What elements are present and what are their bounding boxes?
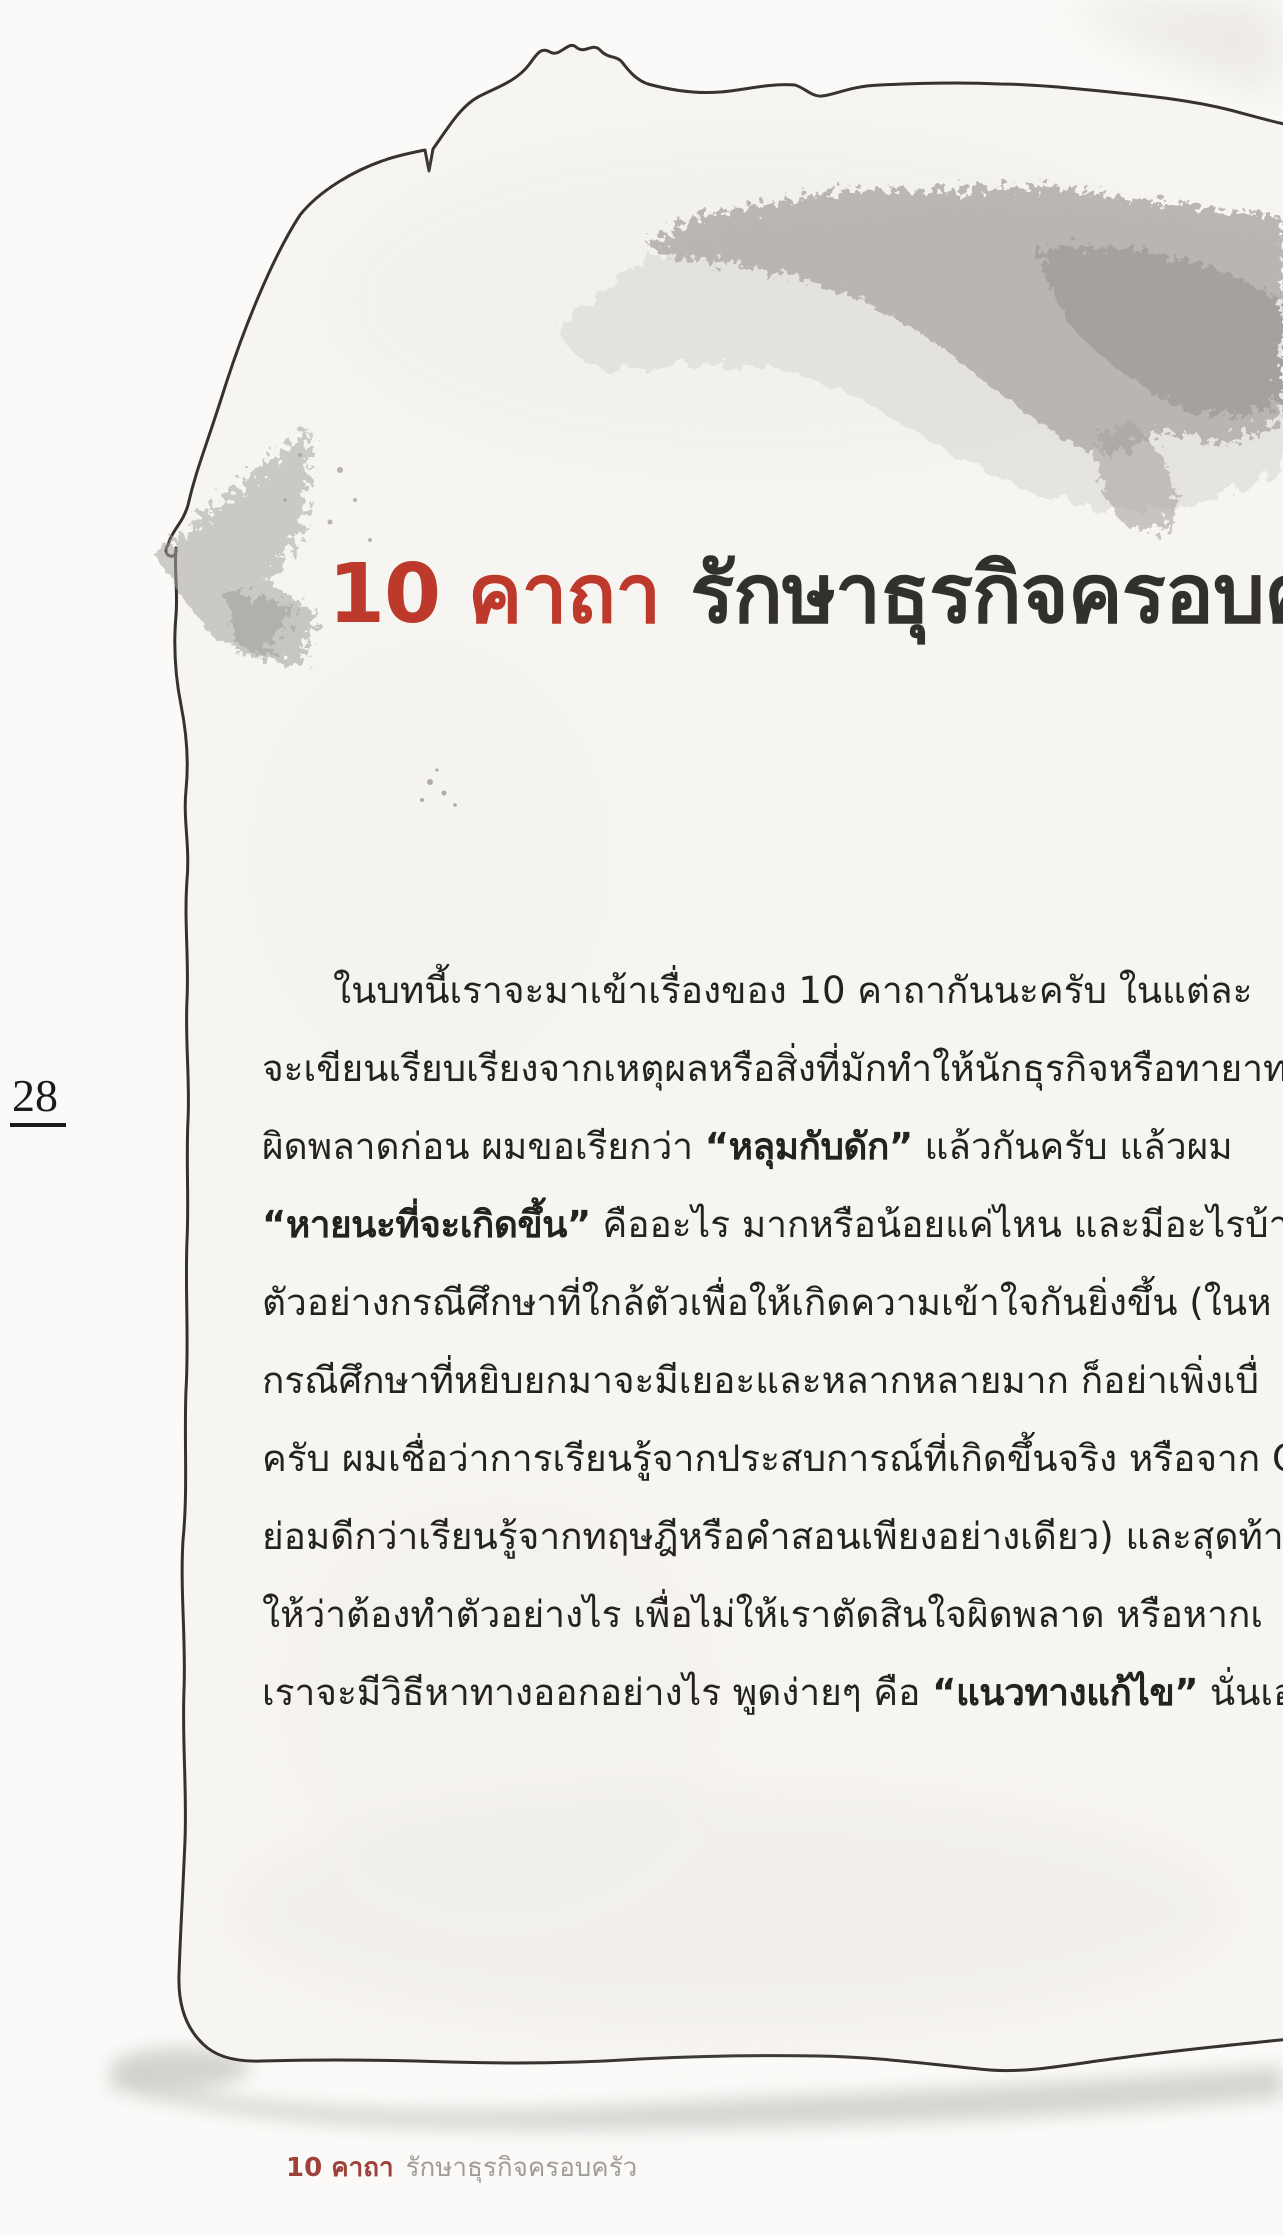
body-line: กรณีศึกษาที่หยิบยกมาจะมีเยอะและหลากหลายม… xyxy=(262,1342,1283,1420)
running-footer: 10 คาถารักษาธุรกิจครอบครัว xyxy=(286,2148,1283,2192)
body-segment: กรณีศึกษาที่หยิบยกมาจะมีเยอะและหลากหลายม… xyxy=(262,1359,1259,1402)
body-segment: ครับ ผมเชื่อว่าการเรียนรู้จากประสบการณ์ท… xyxy=(262,1437,1283,1480)
body-segment: จะเขียนเรียบเรียงจากเหตุผลหรือสิ่งที่มัก… xyxy=(262,1047,1283,1090)
body-bold-phrase: “แนวทางแก้ไข” xyxy=(932,1671,1198,1714)
body-line: จะเขียนเรียบเรียงจากเหตุผลหรือสิ่งที่มัก… xyxy=(262,1030,1283,1108)
body-line: ให้ว่าต้องทำตัวอย่างไร เพื่อไม่ให้เราตัด… xyxy=(262,1576,1283,1654)
body-line: “หายนะที่จะเกิดขึ้น” คืออะไร มากหรือน้อย… xyxy=(262,1186,1283,1264)
body-bold-phrase: “หลุมกับดัก” xyxy=(705,1125,913,1168)
body-segment: แล้วกันครับ แล้วผม xyxy=(913,1125,1233,1168)
body-line: ย่อมดีกว่าเรียนรู้จากทฤษฎีหรือคำสอนเพียง… xyxy=(262,1498,1283,1576)
corner-wash xyxy=(1080,0,1283,100)
page-number: 28 xyxy=(10,1072,66,1127)
body-line: ตัวอย่างกรณีศึกษาที่ใกล้ตัวเพื่อให้เกิดค… xyxy=(262,1264,1283,1342)
body-segment: ผิดพลาดก่อน ผมขอเรียกว่า xyxy=(262,1125,705,1168)
body-text: ในบทนี้เราจะมาเข้าเรื่องของ 10 คาถากันนะ… xyxy=(262,952,1283,1762)
body-segment: คืออะไร มากหรือน้อยแค่ไหน และมีอะไรบ้า xyxy=(591,1203,1283,1246)
body-segment: ให้ว่าต้องทำตัวอย่างไร เพื่อไม่ให้เราตัด… xyxy=(262,1593,1263,1636)
body-segment: ตัวอย่างกรณีศึกษาที่ใกล้ตัวเพื่อให้เกิดค… xyxy=(262,1281,1271,1324)
footer-chapter-text: รักษาธุรกิจครอบครัว xyxy=(406,2153,638,2183)
body-segment: เราจะมีวิธีหาทางออกอย่างไร พูดง่ายๆ คือ xyxy=(262,1671,932,1714)
chapter-title: 10 คาถารักษาธุรกิจครอบครัว xyxy=(328,540,1283,670)
book-page-scan: 28 10 คาถารักษาธุรกิจครอบครัว ในบทนี้เรา… xyxy=(0,0,1283,2236)
chapter-title-text: รักษาธุรกิจครอบครัว xyxy=(690,547,1283,642)
chapter-title-number: 10 คาถา xyxy=(328,547,660,642)
body-segment: ในบทนี้เราจะมาเข้าเรื่องของ 10 คาถากันนะ… xyxy=(333,969,1252,1012)
footer-chapter-number: 10 คาถา xyxy=(286,2153,394,2183)
body-line: ผิดพลาดก่อน ผมขอเรียกว่า “หลุมกับดัก” แล… xyxy=(262,1108,1283,1186)
body-segment: ย่อมดีกว่าเรียนรู้จากทฤษฎีหรือคำสอนเพียง… xyxy=(262,1515,1283,1558)
body-line: ครับ ผมเชื่อว่าการเรียนรู้จากประสบการณ์ท… xyxy=(262,1420,1283,1498)
body-line: ในบทนี้เราจะมาเข้าเรื่องของ 10 คาถากันนะ… xyxy=(262,952,1283,1030)
body-segment: นั่นเอ xyxy=(1198,1671,1283,1714)
body-bold-phrase: “หายนะที่จะเกิดขึ้น” xyxy=(262,1203,591,1246)
body-line: เราจะมีวิธีหาทางออกอย่างไร พูดง่ายๆ คือ … xyxy=(262,1654,1283,1732)
